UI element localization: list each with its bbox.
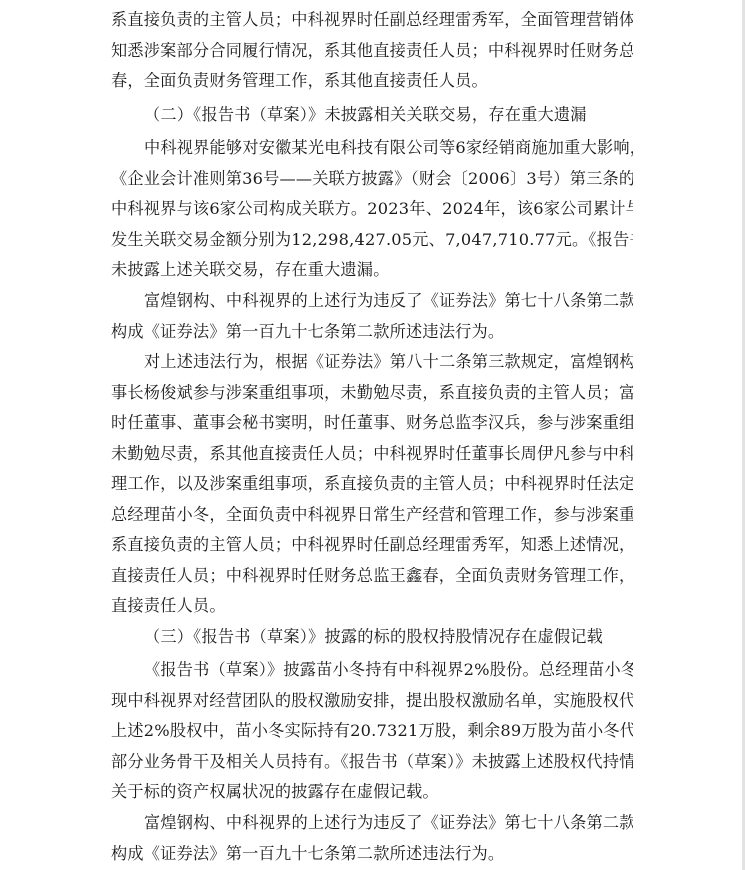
section-heading-2: （二）《报告书（草案）》未披露相关关联交易，存在重大遗漏 [111, 100, 633, 131]
heading-text: （三）《报告书（草案）》披露的标的股权持股情况存在虚假记载 [111, 622, 633, 653]
paragraph-responsible-persons: 对上述违法行为，根据《证券法》第八十二条第三款规定，富煌钢构时任董 事长杨俊斌参… [111, 347, 633, 622]
text-line: 未勤勉尽责，系其他直接责任人员；中科视界时任董事长周伊凡参与中科视界管 [111, 439, 633, 470]
text-line: 构成《证券法》第一百九十七条第二款所述违法行为。 [111, 317, 633, 348]
paragraph-violation-2: 富煌钢构、中科视界的上述行为违反了《证券法》第七十八条第二款的规定， 构成《证券… [111, 808, 633, 869]
text-line: 现中科视界对经营团队的股权激励安排，提出股权激励名单，实施股权代持行为。 [111, 686, 633, 717]
text-line: 发生关联交易金额分别为12,298,427.05元、7,047,710.77元。… [111, 225, 633, 256]
text-line: 直接责任人员。 [111, 591, 633, 622]
text-line: 总经理苗小冬，全面负责中科视界日常生产经营和管理工作，参与涉案重组事项， [111, 500, 633, 531]
text-line: 部分业务骨干及相关人员持有。《报告书（草案）》未披露上述股权代持情况， [111, 747, 633, 778]
text-line: 中科视界能够对安徽某光电科技有限公司等6家经销商施加重大影响，根据 [111, 133, 633, 164]
text-line: 系直接负责的主管人员；中科视界时任副总经理雷秀军，知悉上述情况，系其他 [111, 530, 633, 561]
text-line: 富煌钢构、中科视界的上述行为违反了《证券法》第七十八条第二款的规定， [111, 808, 633, 839]
text-line: 《报告书（草案）》披露苗小冬持有中科视界2%股份。总经理苗小冬为实 [111, 655, 633, 686]
text-line: 春，全面负责财务管理工作，系其他直接责任人员。 [111, 66, 633, 97]
text-line: 未披露上述关联交易，存在重大遗漏。 [111, 255, 633, 286]
text-line: 上述2%股权中，苗小冬实际持有20.7321万股，剩余89万股为苗小冬代中科视界 [111, 716, 633, 747]
text-line: 知悉涉案部分合同履行情况，系其他直接责任人员；中科视界时任财务总监王鑫 [111, 36, 633, 67]
paragraph-equity-holding: 《报告书（草案）》披露苗小冬持有中科视界2%股份。总经理苗小冬为实 现中科视界对… [111, 655, 633, 808]
text-line: 时任董事、董事会秘书窦明，时任董事、财务总监李汉兵，参与涉案重组事项， [111, 408, 633, 439]
text-line: 对上述违法行为，根据《证券法》第八十二条第三款规定，富煌钢构时任董 [111, 347, 633, 378]
section-heading-3: （三）《报告书（草案）》披露的标的股权持股情况存在虚假记载 [111, 622, 633, 653]
text-line: 事长杨俊斌参与涉案重组事项，未勤勉尽责，系直接负责的主管人员；富煌钢构 [111, 378, 633, 409]
text-line: 中科视界与该6家公司构成关联方。2023年、2024年，该6家公司累计与中科视界 [111, 194, 633, 225]
text-line: 直接责任人员；中科视界时任财务总监王鑫春，全面负责财务管理工作，系其他 [111, 561, 633, 592]
text-line: 构成《证券法》第一百九十七条第二款所述违法行为。 [111, 839, 633, 870]
paragraph-related-transactions: 中科视界能够对安徽某光电科技有限公司等6家经销商施加重大影响，根据 《企业会计准… [111, 133, 633, 286]
text-line: 《企业会计准则第36号——关联方披露》（财会〔2006〕3号）第三条的规定， [111, 164, 633, 195]
text-line: 富煌钢构、中科视界的上述行为违反了《证券法》第七十八条第二款的规定， [111, 286, 633, 317]
text-line: 关于标的资产权属状况的披露存在虚假记载。 [111, 777, 633, 808]
paragraph-violation: 富煌钢构、中科视界的上述行为违反了《证券法》第七十八条第二款的规定， 构成《证券… [111, 286, 633, 347]
text-line: 理工作，以及涉案重组事项，系直接负责的主管人员；中科视界时任法定代表人、 [111, 469, 633, 500]
heading-text: （二）《报告书（草案）》未披露相关关联交易，存在重大遗漏 [111, 100, 633, 131]
paragraph-continued: 系直接负责的主管人员；中科视界时任副总经理雷秀军，全面管理营销体系工作， 知悉涉… [111, 5, 633, 97]
text-line: 系直接负责的主管人员；中科视界时任副总经理雷秀军，全面管理营销体系工作， [111, 5, 633, 36]
